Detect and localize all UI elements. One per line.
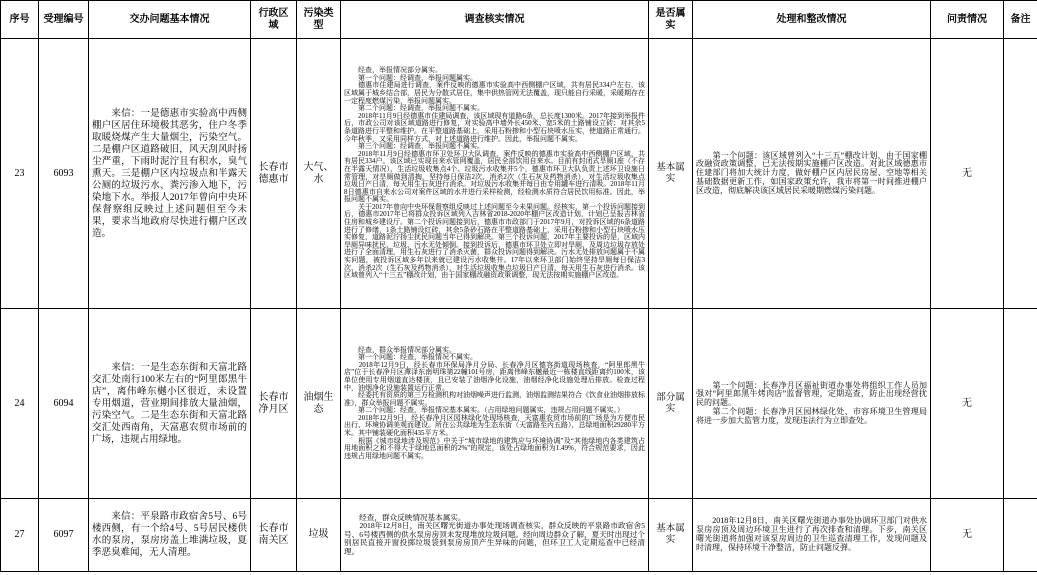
cell-region: 长春市净月区 — [251, 309, 297, 499]
table-row: 27 6097 来信：平泉路市政宿舍5号、6号楼西侧，有一个给4号、5号居民楼供… — [1, 499, 1037, 572]
cell-verified: 基本属实 — [649, 499, 693, 572]
cell-region: 长春市德惠市 — [251, 39, 297, 309]
cell-verified: 部分属实 — [649, 309, 693, 499]
cell-remark — [1004, 499, 1037, 572]
cell-pollution-type: 垃圾 — [297, 499, 341, 572]
header-rectification: 处理和整改情况 — [693, 1, 931, 39]
complaint-report-table: 序号 受理编号 交办问题基本情况 行政区域 污染类型 调查核实情况 是否属实 处… — [0, 0, 1037, 572]
cell-seq: 23 — [1, 39, 39, 309]
table-header: 序号 受理编号 交办问题基本情况 行政区域 污染类型 调查核实情况 是否属实 处… — [1, 1, 1037, 39]
cell-rectification: 2018年12月8日，南关区曙光街道办事处协调环卫部门对供水泵房房顶及周边环境卫… — [693, 499, 931, 572]
header-region: 行政区域 — [251, 1, 297, 39]
header-investigation: 调查核实情况 — [341, 1, 649, 39]
cell-case-no: 6097 — [39, 499, 89, 572]
header-verified: 是否属实 — [649, 1, 693, 39]
cell-pollution-type: 大气、水 — [297, 39, 341, 309]
cell-investigation: 经查，举报情况部分属实。 第一个问题：经调查，举报问题属实。 德惠市住建局进行调… — [341, 39, 649, 309]
header-pollution-type: 污染类型 — [297, 1, 341, 39]
cell-accountability: 无 — [931, 499, 1004, 572]
cell-case-no: 6094 — [39, 309, 89, 499]
cell-investigation: 经查，群众举报情况部分属实。 第一个问题：经查，举报情况不属实。 2018年12… — [341, 309, 649, 499]
cell-region: 长春市南关区 — [251, 499, 297, 572]
cell-accountability: 无 — [931, 39, 1004, 309]
table-row: 24 6094 来信：一是生态东街和天富北路交汇处南行100米左右的“阿里郎黑牛… — [1, 309, 1037, 499]
cell-investigation: 经查，群众反映情况基本属实。 2018年12月8日，南关区曙光街道办事处现场调查… — [341, 499, 649, 572]
cell-case-no: 6093 — [39, 39, 89, 309]
cell-verified: 基本属实 — [649, 39, 693, 309]
cell-pollution-type: 油烟生态 — [297, 309, 341, 499]
cell-problem: 来信：一是德惠市实验高中西侧棚户区居住环境极其恶劣，住户冬季取暖烧煤产生大量烟尘… — [89, 39, 251, 309]
cell-accountability: 无 — [931, 309, 1004, 499]
cell-remark — [1004, 309, 1037, 499]
cell-rectification: 第一个问题：该区域曾列入“十三五”棚改计划，由于国家棚改融资政策调整，已无法按期… — [693, 39, 931, 309]
cell-problem: 来信：平泉路市政宿舍5号、6号楼西侧，有一个给4号、5号居民楼供水的泵房，泵房房… — [89, 499, 251, 572]
header-seq: 序号 — [1, 1, 39, 39]
cell-problem: 来信：一是生态东街和天富北路交汇处南行100米左右的“阿里郎黑牛店”，离伟峰东樾… — [89, 309, 251, 499]
header-problem: 交办问题基本情况 — [89, 1, 251, 39]
header-accountability: 问责情况 — [931, 1, 1004, 39]
table-row: 23 6093 来信：一是德惠市实验高中西侧棚户区居住环境极其恶劣，住户冬季取暖… — [1, 39, 1037, 309]
header-case-no: 受理编号 — [39, 1, 89, 39]
cell-seq: 24 — [1, 309, 39, 499]
header-remark: 备注 — [1004, 1, 1037, 39]
cell-rectification: 第一个问题：长春净月区福祉街道办事处将组织工作人员加强对“阿里郎黑牛烤肉店”监督… — [693, 309, 931, 499]
cell-remark — [1004, 39, 1037, 309]
cell-seq: 27 — [1, 499, 39, 572]
